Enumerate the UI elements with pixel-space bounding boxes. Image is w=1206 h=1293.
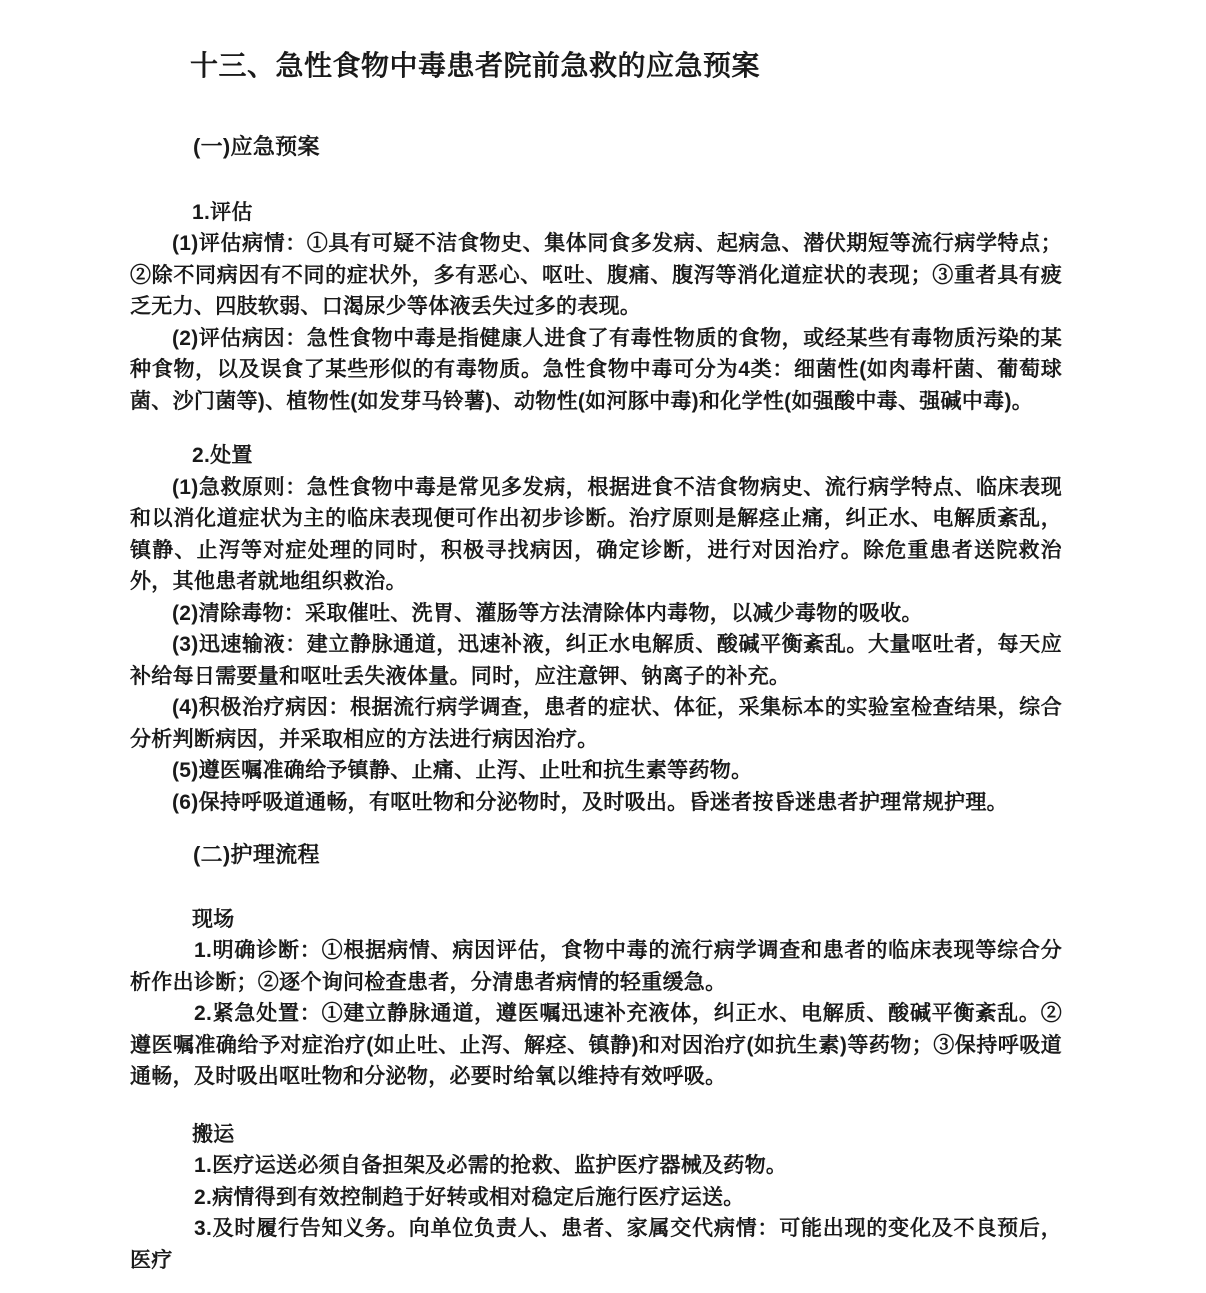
paragraph-confirm-diagnosis: 1.明确诊断：①根据病情、病因评估，食物中毒的流行病学调查和患者的临床表现等综合… <box>130 935 1062 998</box>
paragraph-medication-orders: (5)遵医嘱准确给予镇静、止痛、止泻、止吐和抗生素等药物。 <box>130 755 1062 787</box>
subsection-heading-assessment: 1.评估 <box>130 197 1062 229</box>
paragraph-treat-cause: (4)积极治疗病因：根据流行病学调查，患者的症状、体征，采集标本的实验室检查结果… <box>130 692 1062 755</box>
paragraph-transport-equipment: 1.医疗运送必须自备担架及必需的抢救、监护医疗器械及药物。 <box>130 1150 1062 1182</box>
subsection-heading-transport: 搬运 <box>130 1119 1062 1151</box>
section-heading-nursing-process: (二)护理流程 <box>130 839 1062 871</box>
subsection-heading-management: 2.处置 <box>130 440 1062 472</box>
paragraph-assess-condition: (1)评估病情：①具有可疑不洁食物史、集体同食多发病、起病急、潜伏期短等流行病学… <box>130 228 1062 323</box>
paragraph-emergency-treatment: 2.紧急处置：①建立静脉通道，遵医嘱迅速补充液体，纠正水、电解质、酸碱平衡紊乱。… <box>130 998 1062 1093</box>
paragraph-transport-timing: 2.病情得到有效控制趋于好转或相对稳定后施行医疗运送。 <box>130 1182 1062 1214</box>
paragraph-rapid-infusion: (3)迅速输液：建立静脉通道，迅速补液，纠正水电解质、酸碱平衡紊乱。大量呕吐者，… <box>130 629 1062 692</box>
doc-title: 十三、急性食物中毒患者院前急救的应急预案 <box>130 48 1062 84</box>
paragraph-first-aid-principles: (1)急救原则：急性食物中毒是常见多发病，根据进食不洁食物病史、流行病学特点、临… <box>130 472 1062 598</box>
paragraph-assess-cause: (2)评估病因：急性食物中毒是指健康人进食了有毒性物质的食物，或经某些有毒物质污… <box>130 323 1062 418</box>
subsection-heading-on-scene: 现场 <box>130 904 1062 936</box>
paragraph-transport-inform-duty: 3.及时履行告知义务。向单位负责人、患者、家属交代病情：可能出现的变化及不良预后… <box>130 1213 1062 1276</box>
document-page: 十三、急性食物中毒患者院前急救的应急预案 (一)应急预案 1.评估 (1)评估病… <box>0 0 1206 1293</box>
paragraph-remove-toxins: (2)清除毒物：采取催吐、洗胃、灌肠等方法清除体内毒物，以减少毒物的吸收。 <box>130 598 1062 630</box>
paragraph-airway-patency: (6)保持呼吸道通畅，有呕吐物和分泌物时，及时吸出。昏迷者按昏迷患者护理常规护理… <box>130 787 1062 819</box>
section-heading-emergency-plan: (一)应急预案 <box>130 131 1062 163</box>
